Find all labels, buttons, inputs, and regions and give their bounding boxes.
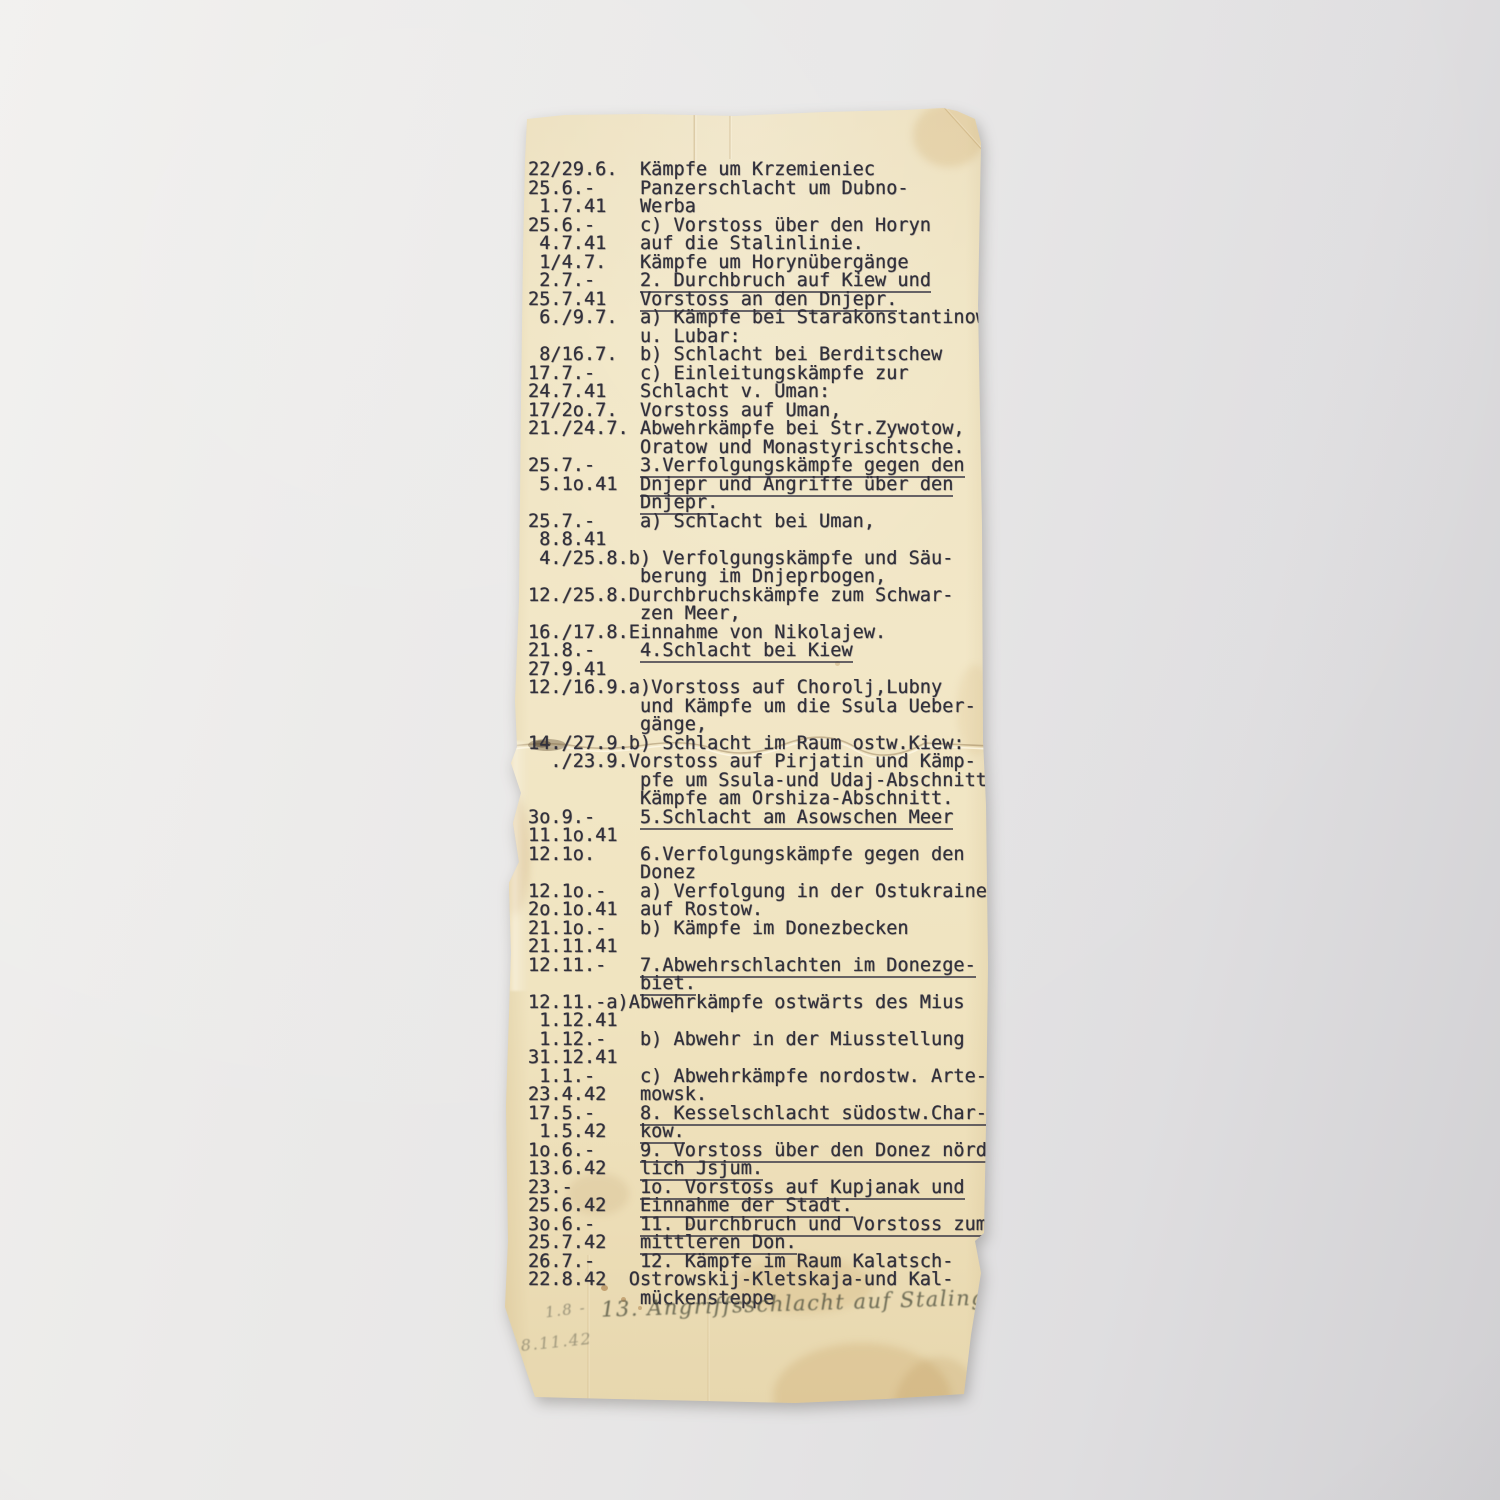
handwritten-date-start: 1.8 - (544, 1299, 587, 1322)
torn-edge-fibers (505, 741, 529, 991)
typed-lines: 22/29.6. Kämpfe um Krzemieniec25.6.- Pan… (528, 161, 998, 1308)
typed-text-block: 22/29.6. Kämpfe um Krzemieniec25.6.- Pan… (528, 161, 998, 1308)
text-segment: 8. Kesselschlacht südostw.Char- (640, 1103, 987, 1126)
text-segment: 4.Schlacht bei Kiew (640, 640, 853, 663)
paper-sheet: 22/29.6. Kämpfe um Krzemieniec25.6.- Pan… (505, 105, 990, 1405)
stain (913, 103, 985, 167)
handwritten-date-end: 18.11.42 (508, 1329, 593, 1357)
photo-background: 22/29.6. Kämpfe um Krzemieniec25.6.- Pan… (0, 0, 1500, 1500)
crease-mark (729, 109, 732, 159)
stain (893, 1357, 985, 1475)
paper-shadow-wrap: 22/29.6. Kämpfe um Krzemieniec25.6.- Pan… (505, 105, 990, 1405)
text-segment: 5.Schlacht am Asowschen Meer (640, 807, 953, 830)
